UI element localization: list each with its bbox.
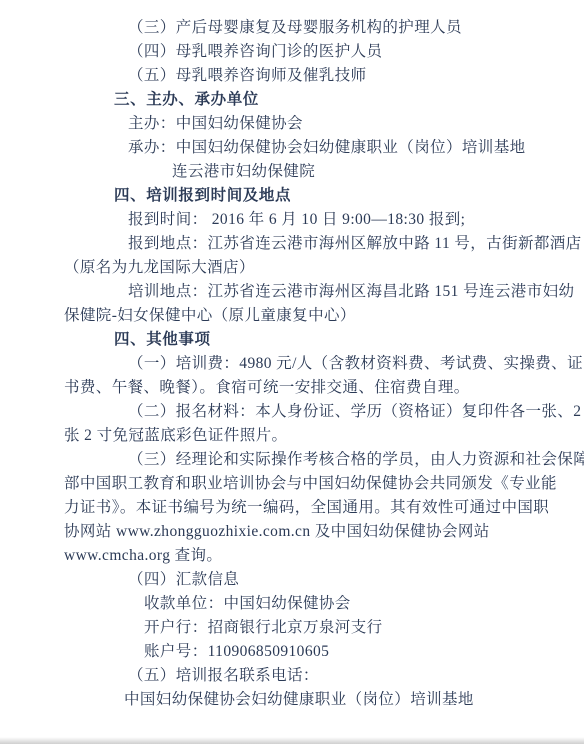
text-line: 四、其他事项 xyxy=(64,328,514,352)
text-line: 培训地点：江苏省连云港市海州区海昌北路 151 号连云港市妇幼 xyxy=(64,280,514,304)
text-line: （五）培训报名联系电话： xyxy=(64,664,514,688)
text-line: 张 2 寸免冠蓝底彩色证件照片。 xyxy=(64,424,514,448)
text-line: 四、培训报到时间及地点 xyxy=(64,184,514,208)
text-line: 力证书》。本证书编号为统一编码，全国通用。其有效性可通过中国职 xyxy=(64,496,514,520)
text-line: 主办：中国妇幼保健协会 xyxy=(64,112,514,136)
text-line: （三）经理论和实际操作考核合格的学员，由人力资源和社会保障 xyxy=(64,448,514,472)
text-line: 开户行：招商银行北京万泉河支行 xyxy=(64,616,514,640)
text-line: 承办：中国妇幼保健协会妇幼健康职业（岗位）培训基地 xyxy=(64,136,514,160)
text-line: 收款单位：中国妇幼保健协会 xyxy=(64,592,514,616)
text-line: 保健院-妇女保健中心（原儿童康复中心） xyxy=(64,304,514,328)
text-line: 协网站 www.zhongguozhixie.com.cn 及中国妇幼保健协会网… xyxy=(64,520,514,544)
text-line: 报到时间： 2016 年 6 月 10 日 9:00—18:30 报到; xyxy=(64,208,514,232)
text-line: （原名为九龙国际大酒店） xyxy=(64,256,514,280)
text-line: 部中国职工教育和职业培训协会与中国妇幼保健协会共同颁发《专业能 xyxy=(64,472,514,496)
text-line: 报到地点：江苏省连云港市海州区解放中路 11 号，古街新都酒店 xyxy=(64,232,514,256)
text-line: 三、主办、承办单位 xyxy=(64,88,514,112)
text-line: （一）培训费：4980 元/人（含教材资料费、考试费、实操费、证 xyxy=(64,352,514,376)
page-bottom-shadow xyxy=(0,737,584,744)
text-line: 连云港市妇幼保健院 xyxy=(64,160,514,184)
text-line: www.cmcha.org 查询。 xyxy=(64,544,514,568)
document-page: （三）产后母婴康复及母婴服务机构的护理人员（四）母乳喂养咨询门诊的医护人员（五）… xyxy=(0,0,584,744)
text-line: （四）母乳喂养咨询门诊的医护人员 xyxy=(64,40,514,64)
text-line: 账户号：110906850910605 xyxy=(64,640,514,664)
document-body: （三）产后母婴康复及母婴服务机构的护理人员（四）母乳喂养咨询门诊的医护人员（五）… xyxy=(64,16,514,712)
text-line: （三）产后母婴康复及母婴服务机构的护理人员 xyxy=(64,16,514,40)
text-line: 中国妇幼保健协会妇幼健康职业（岗位）培训基地 xyxy=(64,688,514,712)
text-line: （二）报名材料：本人身份证、学历（资格证）复印件各一张、2 xyxy=(64,400,514,424)
text-line: （五）母乳喂养咨询师及催乳技师 xyxy=(64,64,514,88)
text-line: 书费、午餐、晚餐）。食宿可统一安排交通、住宿费自理。 xyxy=(64,376,514,400)
text-line: （四）汇款信息 xyxy=(64,568,514,592)
